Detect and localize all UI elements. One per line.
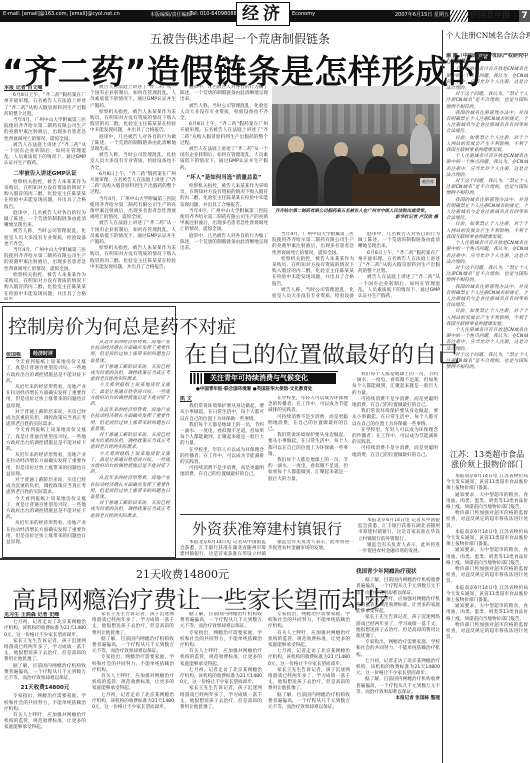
- decorative-stripes: [450, 10, 468, 22]
- defendant-sign: 被告席: [420, 178, 436, 186]
- internet-column-3: 据了解，目前国内网瘾治疗机构收费普遍偏高，一个疗程从几千元到数万元不等，而治疗效…: [180, 612, 262, 763]
- divider: [180, 514, 440, 515]
- lead-column-5: 庭审中，几名被告人对各自的行为做了陈述，一个荒唐的制假链条由此清晰地呈现出来。 …: [358, 232, 440, 298]
- courtroom-photo: 被告席: [272, 86, 440, 206]
- photo-caption: 齐齐哈尔第二制药有限公司假药案五名被告人在广州市中级人民法院出庭受审。 新华社记…: [275, 209, 438, 221]
- internet-sidebar-title: 我国青少年网瘾治疗现状: [356, 569, 440, 575]
- lead-byline: 本报 记者 肖文峰: [4, 85, 86, 91]
- internet-column-2: 家长王先生告诉记者，孩子沉迷网络游戏已经两年多了，学习成绩一落千丈，他很想送孩子…: [92, 612, 174, 763]
- section-title: 经济: [236, 2, 290, 26]
- bank-column-1: 本报北京6月14日电 记者从中国银监会获悉，汇丰银行获准在湖北省随州市筹建村镇银…: [180, 540, 266, 556]
- internet-byline: 见习生 王润森 记者 史峰: [4, 612, 86, 618]
- page-number: 7: [519, 10, 530, 22]
- opinion-column-2: 从近年来的经济形势看，房地产业在拉动经济增长方面确实发挥了重要作用，但是房价过快…: [90, 340, 170, 552]
- photo-credit: 新华社记者 卢汉欣 摄: [275, 215, 438, 221]
- masthead-email: E-mail: [email]@163.com, [email]@cyol.ne…: [3, 11, 120, 17]
- column-divider: [442, 30, 443, 763]
- feature-byline: 凯 文: [180, 396, 264, 402]
- feature-column-2: 在学校里，年轻人可以成为环保理念的传播者；在工作中，可以成为节能减排的实践者。 …: [268, 396, 348, 500]
- lead-column-2: 被告人在法庭上讲述了“齐二药”从一个国有企业转制后，如何在管理混乱、人员素质低下…: [90, 85, 176, 300]
- feature-organizers: ●中国青年报·联合国环境署 ●英国驻华大使馆·文化教育处: [196, 386, 312, 392]
- right-headline-2: 江苏：13类超市食品涨价须上报物价部门: [446, 450, 528, 470]
- right-column-2: 本报南京6月14日电 江苏省物价局今天发布通知，该省13类超市食品涨价须上报物价…: [446, 474, 528, 763]
- lead-subhead-1: 二审被告人讲述GMP认证: [4, 171, 86, 177]
- divider: [0, 558, 440, 560]
- masthead-tel: Tel: 010-64098088: [190, 11, 237, 17]
- masthead-date: 2007年6月15日 星期五: [395, 11, 449, 18]
- opinion-headline: 控制房价为何总是药不对症: [8, 312, 236, 339]
- bank-column-3: 本报北京6月14日电 记者从中国银监会获悉，汇丰银行获准在湖北省随州市筹建村镇银…: [358, 518, 440, 556]
- divider: [0, 302, 440, 303]
- lead-column-1: 本报 记者 肖文峰 6月8日上午，“齐二药”假药案在广州开庭审理。五名被告人在法…: [4, 85, 86, 300]
- feature-column-1: 凯 文 我们常说环境保护要从身边做起，要从小事做起。在日常生活中，每个人都可以在…: [180, 396, 264, 500]
- lead-subhead-2: “坏人”是如何当选“质量总监”: [180, 175, 268, 181]
- opinion-byline: 张国栋: [6, 352, 86, 358]
- internet-credit: 本报记者 张国栋 整理: [356, 696, 440, 702]
- internet-subhead: 21天收费14800元: [4, 685, 86, 691]
- lead-column-4: 当年4月，广州中山大学附属第三医院使用齐齐哈尔第二制药有限公司生产的亮菌甲素注射…: [272, 232, 354, 298]
- feature-headline: 在自己的位置做最好的自己: [184, 336, 460, 369]
- paper-logo: 中国青年报: [470, 9, 510, 20]
- lead-column-3: 庭审中，几名被告人对各自的行为做了陈述，一个荒唐的制假链条由此清晰地呈现出来。 …: [180, 85, 268, 300]
- banner-bars: [190, 373, 202, 384]
- internet-sidebar: 我国青少年网瘾治疗现状 据了解，目前国内网瘾治疗机构收费普遍偏高，一个疗程从几千…: [356, 566, 440, 763]
- masthead-section-en: Economy: [292, 11, 315, 17]
- bank-headline: 外资获准筹建村镇银行: [192, 518, 342, 539]
- internet-column-4: 专家指出，网瘾治疗需要家庭、学校和社会的共同努力，不能单纯依赖治疗机构。 有关人…: [268, 612, 350, 763]
- masthead-editor: 本版编辑/责任编辑: [150, 11, 192, 18]
- right-byline-1: 谢 霞（中国政法大学知识产权研究中心研究员）: [446, 53, 528, 65]
- right-column-1: 谢 霞（中国政法大学知识产权研究中心研究员） 个人注册域名可否开放是CN域名注册…: [446, 53, 528, 438]
- lead-kicker: 五被告供述串起一个荒唐制假链条: [150, 30, 330, 47]
- banner-rule: [190, 371, 338, 372]
- feature-column-3: 我们每个人都是地球上的一员，节约一滴水、一度电，看似微不足道，但如果每个人都能做…: [352, 372, 438, 500]
- right-headline-1: 个人注册CN域名合法合理: [446, 30, 530, 41]
- feature-banner: 关注青年可持续消费与气候变化: [204, 373, 336, 384]
- internet-headline: 高昂网瘾治疗费让一些家长望而却步: [12, 580, 388, 615]
- internet-column-1: 见习生 王润森 记者 史峰 七月初，记者走访了北京某网瘾治疗机构，该机构的收费标…: [4, 612, 86, 763]
- bank-column-2: 银监会有关负责人表示，此举将进一步促进农村金融市场的发展。: [268, 540, 354, 556]
- opinion-column-1: 张国栋 今天看到报纸上说某地房价又涨了，真是让普通百姓望房兴叹。一些地方政府出台…: [6, 352, 86, 552]
